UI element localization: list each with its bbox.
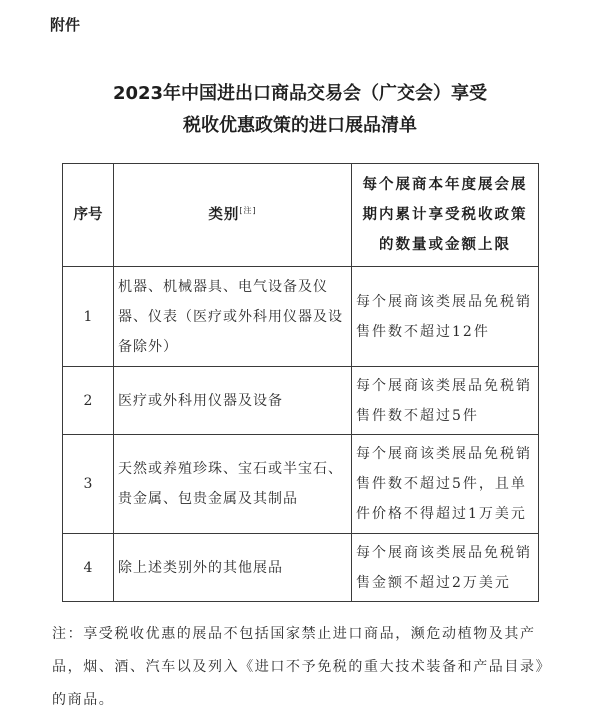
header-category: 类别[注] <box>114 164 352 267</box>
row-category: 天然或养殖珍珠、宝石或半宝石、贵金属、包贵金属及其制品 <box>114 435 352 534</box>
table-header-row: 序号 类别[注] 每个展商本年度展会展期内累计享受税收政策的数量或金额上限 <box>63 164 539 267</box>
table-row: 4 除上述类别外的其他展品 每个展商该类展品免税销售金额不超过2万美元 <box>63 534 539 602</box>
row-limit: 每个展商该类展品免税销售件数不超过12件 <box>352 267 539 367</box>
header-category-label: 类别 <box>208 207 239 223</box>
footnote: 注：享受税收优惠的展品不包括国家禁止进口商品，濒危动植物及其产品，烟、酒、汽车以… <box>52 618 547 717</box>
title-line-1: 2023年中国进出口商品交易会（广交会）享受 <box>0 78 600 110</box>
header-limit: 每个展商本年度展会展期内累计享受税收政策的数量或金额上限 <box>352 164 539 267</box>
table-row: 2 医疗或外科用仪器及设备 每个展商该类展品免税销售件数不超过5件 <box>63 367 539 435</box>
row-limit: 每个展商该类展品免税销售件数不超过5件 <box>352 367 539 435</box>
table-row: 1 机器、机械器具、电气设备及仪器、仪表（医疗或外科用仪器及设备除外） 每个展商… <box>63 267 539 367</box>
exhibit-list-table: 序号 类别[注] 每个展商本年度展会展期内累计享受税收政策的数量或金额上限 1 … <box>62 163 539 602</box>
row-no: 4 <box>63 534 114 602</box>
attachment-label: 附件 <box>50 14 80 35</box>
title-line-2: 税收优惠政策的进口展品清单 <box>0 110 600 142</box>
document-title: 2023年中国进出口商品交易会（广交会）享受 税收优惠政策的进口展品清单 <box>0 78 600 142</box>
header-category-note: [注] <box>239 206 256 215</box>
row-no: 3 <box>63 435 114 534</box>
row-category: 医疗或外科用仪器及设备 <box>114 367 352 435</box>
table-row: 3 天然或养殖珍珠、宝石或半宝石、贵金属、包贵金属及其制品 每个展商该类展品免税… <box>63 435 539 534</box>
row-no: 2 <box>63 367 114 435</box>
header-no: 序号 <box>63 164 114 267</box>
row-limit: 每个展商该类展品免税销售金额不超过2万美元 <box>352 534 539 602</box>
row-no: 1 <box>63 267 114 367</box>
row-category: 除上述类别外的其他展品 <box>114 534 352 602</box>
row-category: 机器、机械器具、电气设备及仪器、仪表（医疗或外科用仪器及设备除外） <box>114 267 352 367</box>
row-limit: 每个展商该类展品免税销售件数不超过5件，且单件价格不得超过1万美元 <box>352 435 539 534</box>
